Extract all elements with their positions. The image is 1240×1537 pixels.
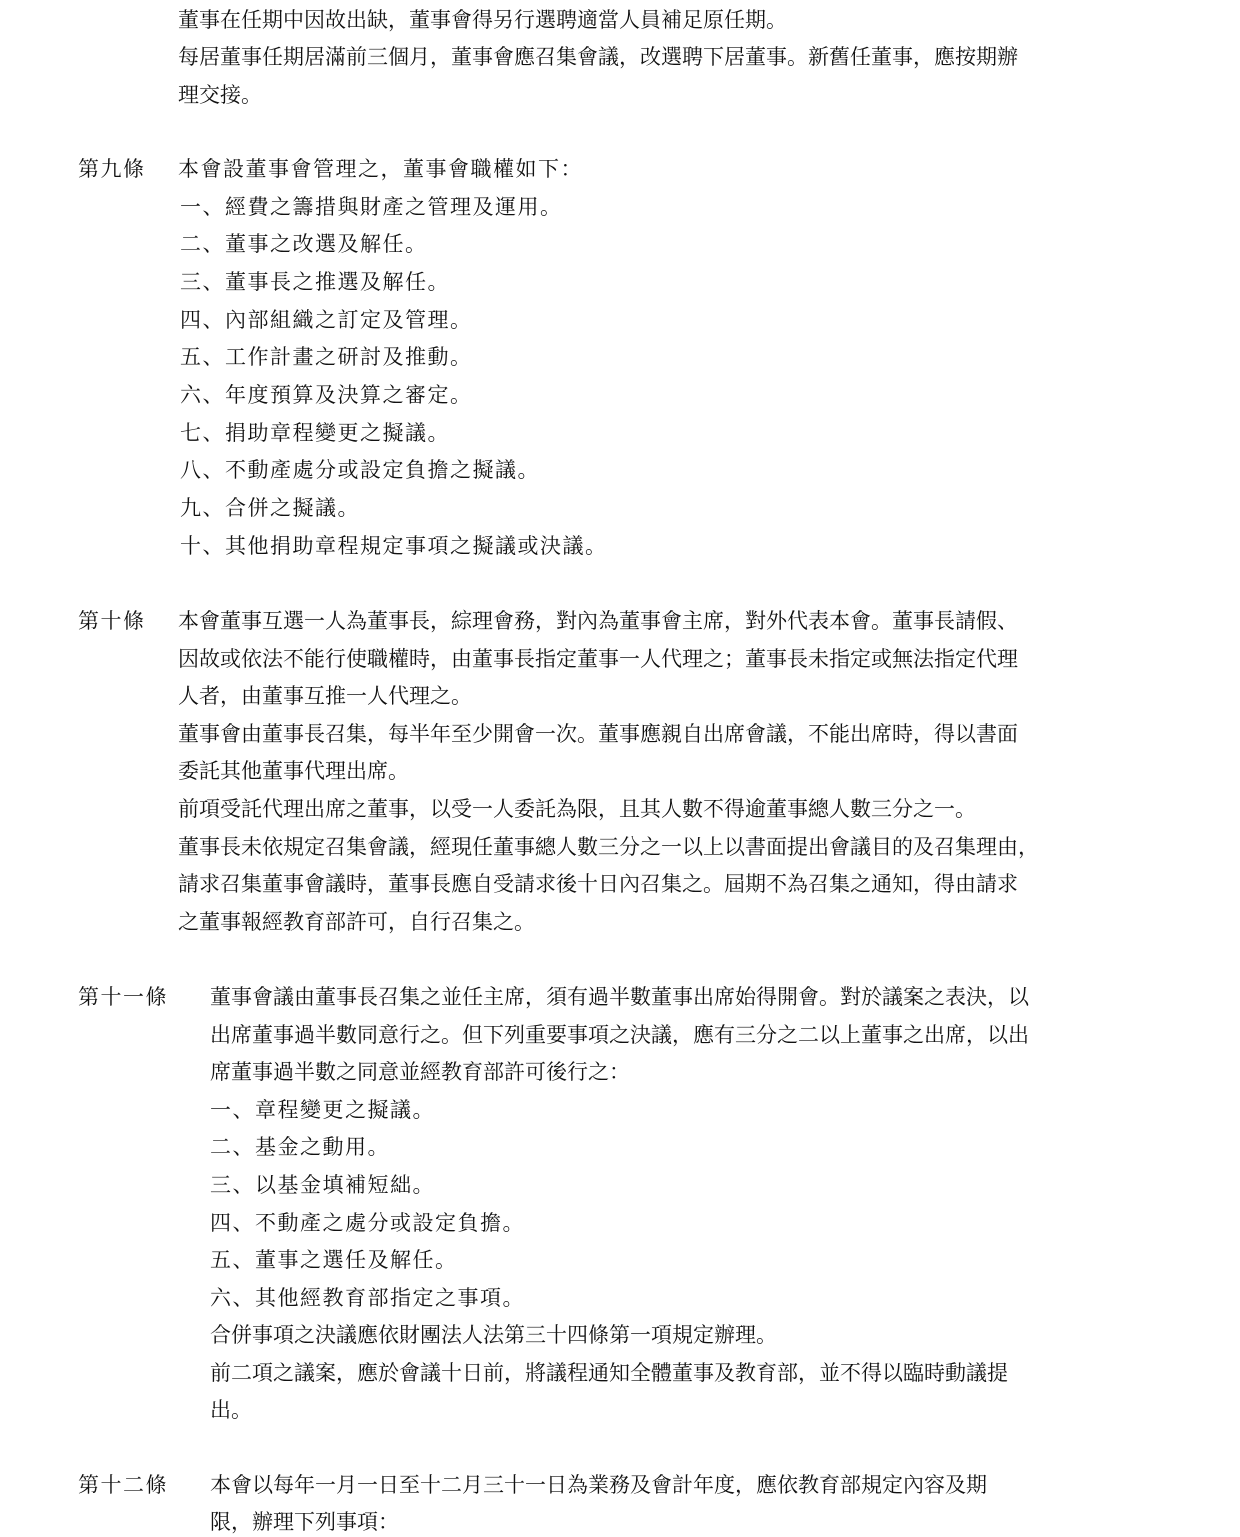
article-9-item: 二、董事之改選及解任。 — [180, 230, 428, 258]
article-9-item: 三、董事長之推選及解任。 — [180, 268, 450, 296]
article-10-line: 前項受託代理出席之董事，以受一人委託為限，且其人數不得逾董事總人數三分之一。 — [178, 795, 976, 823]
article-11-item: 二、基金之動用。 — [210, 1133, 390, 1161]
article-11-item: 三、以基金填補短絀。 — [210, 1171, 435, 1199]
article-10-line: 董事會由董事長召集，每半年至少開會一次。董事應親自出席會議，不能出席時，得以書面 — [178, 720, 1018, 748]
article-9-item: 七、捐助章程變更之擬議。 — [180, 419, 450, 447]
article-11-line: 合併事項之決議應依財團法人法第三十四條第一項規定辦理。 — [210, 1321, 777, 1349]
article-10-line: 因故或依法不能行使職權時，由董事長指定董事一人代理之；董事長未指定或無法指定代理 — [178, 645, 1018, 673]
article-11-line: 董事會議由董事長召集之並任主席，須有過半數董事出席始得開會。對於議案之表決，以 — [210, 983, 1029, 1011]
paragraph-line: 理交接。 — [178, 81, 262, 109]
article-11-line: 席董事過半數之同意並經教育部許可後行之： — [210, 1058, 630, 1086]
article-9-line: 本會設董事會管理之，董事會職權如下： — [178, 155, 583, 183]
article-9-item: 六、年度預算及決算之審定。 — [180, 381, 473, 409]
article-11-item: 六、其他經教育部指定之事項。 — [210, 1284, 525, 1312]
article-11-line: 出。 — [210, 1396, 252, 1424]
article-9-item: 十、其他捐助章程規定事項之擬議或決議。 — [180, 532, 608, 560]
article-10-line: 請求召集董事會議時，董事長應自受請求後十日內召集之。屆期不為召集之通知，得由請求 — [178, 870, 1018, 898]
article-10-label: 第十條 — [78, 607, 146, 635]
article-11-line: 前二項之議案，應於會議十日前，將議程通知全體董事及教育部，並不得以臨時動議提 — [210, 1359, 1008, 1387]
article-11-label: 第十一條 — [78, 983, 168, 1011]
article-12-label: 第十二條 — [78, 1471, 168, 1499]
paragraph-line: 每居董事任期居滿前三個月，董事會應召集會議，改選聘下居董事。新舊任董事，應按期辦 — [178, 43, 1018, 71]
article-9-item: 五、工作計畫之研討及推動。 — [180, 343, 473, 371]
article-9-item: 一、經費之籌措與財產之管理及運用。 — [180, 193, 563, 221]
article-12-line: 本會以每年一月一日至十二月三十一日為業務及會計年度，應依教育部規定內容及期 — [210, 1471, 987, 1499]
article-9-label: 第九條 — [78, 155, 146, 183]
article-10-line: 委託其他董事代理出席。 — [178, 757, 409, 785]
article-10-line: 本會董事互選一人為董事長，綜理會務，對內為董事會主席，對外代表本會。董事長請假、 — [178, 607, 1018, 635]
article-10-line: 人者，由董事互推一人代理之。 — [178, 682, 472, 710]
article-9-item: 九、合併之擬議。 — [180, 494, 360, 522]
article-9-item: 四、內部組織之訂定及管理。 — [180, 306, 473, 334]
article-10-line: 董事長未依規定召集會議，經現任董事總人數三分之一以上以書面提出會議目的及召集理由… — [178, 833, 1039, 861]
article-11-item: 五、董事之選任及解任。 — [210, 1246, 458, 1274]
article-11-item: 一、章程變更之擬議。 — [210, 1096, 435, 1124]
paragraph-line: 董事在任期中因故出缺，董事會得另行選聘適當人員補足原任期。 — [178, 6, 787, 34]
article-9-item: 八、不動產處分或設定負擔之擬議。 — [180, 456, 540, 484]
article-11-item: 四、不動產之處分或設定負擔。 — [210, 1209, 525, 1237]
article-10-line: 之董事報經教育部許可，自行召集之。 — [178, 908, 535, 936]
article-11-line: 出席董事過半數同意行之。但下列重要事項之決議，應有三分之二以上董事之出席，以出 — [210, 1021, 1029, 1049]
article-12-line: 限，辦理下列事項： — [210, 1508, 399, 1536]
